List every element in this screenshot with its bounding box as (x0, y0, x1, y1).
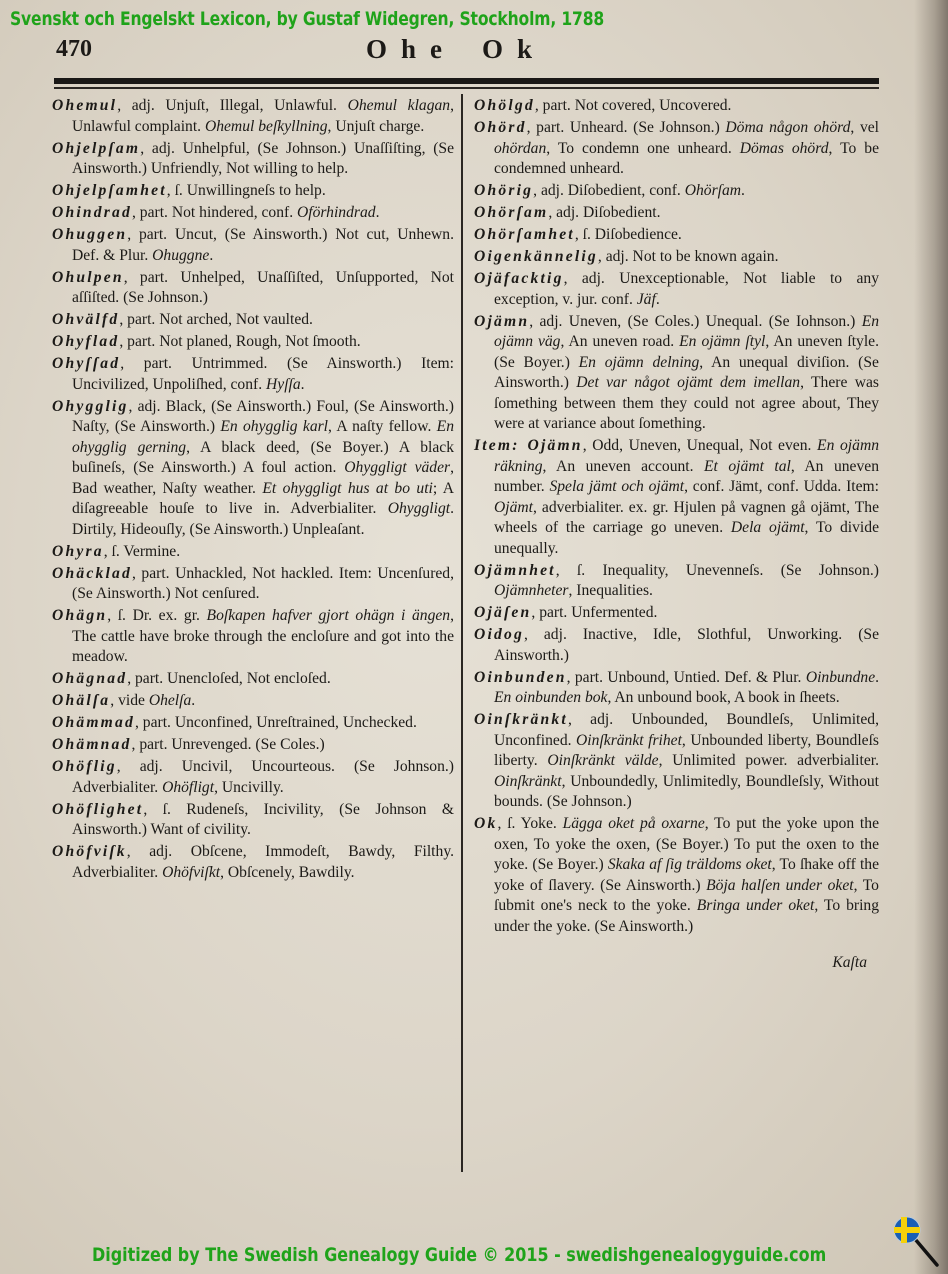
entry-definition: Diſobedient, conf. (564, 182, 685, 199)
dictionary-entry: Oigenkännelig, adj. Not to be known agai… (474, 247, 879, 268)
swedish-example: Oinſkränkt välde (547, 752, 658, 769)
dictionary-entry: Ohölgd, part. Not covered, Uncovered. (474, 96, 879, 117)
dictionary-entry: Ohulpen, part. Unhelped, Unaſſiſted, Unſ… (52, 268, 454, 309)
digitizer-footer: Digitized by The Swedish Genealogy Guide… (92, 1244, 826, 1266)
swedish-example: Ohörſam (685, 182, 741, 199)
entry-definition: Unheard. (Se Johnson.) (564, 119, 725, 136)
english-translation: , An uneven account. (543, 458, 705, 475)
part-of-speech: ſ. (118, 607, 126, 624)
entry-definition: Not hindered, conf. (168, 204, 297, 221)
swedish-example: En oinbunden bok (494, 689, 607, 706)
entry-definition: Not covered, Uncovered. (571, 97, 732, 114)
swedish-example: Oinbundne (806, 669, 875, 686)
dictionary-entry: Ohjelpſam, adj. Unhelpful, (Se Johnson.)… (52, 139, 454, 180)
swedish-example: Skaka af ſig träldoms oket (608, 856, 772, 873)
part-of-speech: part. (139, 226, 167, 243)
dictionary-entry: Ojämnhet, ſ. Inequality, Unevenneſs. (Se… (474, 561, 879, 602)
dictionary-entry: Ohyſſad, part. Untrimmed. (Se Ainsworth.… (52, 354, 454, 395)
entry-headword: Ohäcklad (52, 565, 132, 582)
swedish-example: Ohemul klagan (348, 97, 450, 114)
entry-definition: Unbound, Untied. Def. & Plur. (603, 669, 806, 686)
swedish-example: Ohuggne (152, 247, 209, 264)
english-translation: , Inequalities. (569, 582, 653, 599)
dictionary-entry: Ohörd, part. Unheard. (Se Johnson.) Döma… (474, 118, 879, 180)
part-of-speech: adj. (544, 626, 567, 643)
part-of-speech: part. (135, 670, 163, 687)
dictionary-entry: Ojäfacktig, adj. Unexceptionable, Not li… (474, 269, 879, 310)
dictionary-entry: Oinſkränkt, adj. Unbounded, Boundleſs, U… (474, 710, 879, 813)
entry-definition: Inequality, Unevenneſs. (Se Johnson.) (585, 562, 879, 579)
entry-headword: Oinbunden (474, 669, 567, 686)
entry-headword: Ohägnad (52, 670, 127, 687)
part-of-speech: part. (539, 604, 567, 621)
part-of-speech: ſ. (163, 801, 171, 818)
part-of-speech: part. (140, 204, 168, 221)
swedish-example: ohördan (494, 140, 546, 157)
part-of-speech: part. (543, 97, 571, 114)
part-of-speech: part. (144, 355, 172, 372)
english-translation: , conf. Jämt, conf. Udda. Item: (684, 478, 879, 495)
swedish-example: Det var något ojämt dem imellan (576, 374, 800, 391)
entry-definition: Yoke. (515, 815, 562, 832)
part-of-speech: part. (141, 565, 169, 582)
swedish-example: Ohelſa (149, 692, 191, 709)
part-of-speech: adj. (582, 270, 605, 287)
entry-headword: Ohjelpſam (52, 140, 140, 157)
page-edge-shadow (914, 0, 948, 1274)
entry-definition: Uncut, (Se Ainsworth.) Not cut, Unhewn. … (72, 226, 454, 264)
swedish-example: Ohöfviſkt (162, 864, 220, 881)
entry-headword: Ohyra (52, 543, 104, 560)
entry-definition: Uneven, (Se Coles.) Unequal. (Se Iohnson… (562, 313, 861, 330)
catchword: Kaſta (474, 953, 879, 974)
entry-definition: Unhelped, Unaſſiſted, Unſupported, Not a… (72, 269, 454, 307)
entry-headword: Ohyflad (52, 333, 119, 350)
entry-headword: Ohörſamhet (474, 226, 575, 243)
entry-headword: Ohjelpſamhet (52, 182, 167, 199)
dictionary-entry: Ohörig, adj. Diſobedient, conf. Ohörſam. (474, 181, 879, 202)
english-translation: . (741, 182, 745, 199)
english-translation: . (209, 247, 213, 264)
dictionary-entry: Oidog, adj. Inactive, Idle, Slothful, Un… (474, 625, 879, 666)
english-translation: , A naſty fellow. (328, 418, 437, 435)
english-translation: , An uneven road. (560, 333, 679, 350)
guide-word-first: Ohe (366, 34, 456, 64)
entry-headword: Ohöfviſk (52, 843, 127, 860)
entry-definition: Unrevenged. (Se Coles.) (167, 736, 324, 753)
part-of-speech: part. (575, 669, 603, 686)
entry-headword: Ohägn (52, 607, 107, 624)
entry-headword: Ohyſſad (52, 355, 120, 372)
entry-headword: Ohemul (52, 97, 117, 114)
entry-headword: Ohindrad (52, 204, 132, 221)
page-number: 470 (56, 36, 92, 63)
dictionary-entry: Ohöfviſk, adj. Obſcene, Immodeſt, Bawdy,… (52, 842, 454, 883)
english-translation: , Obſcenely, Bawdily. (220, 864, 354, 881)
header-rule-thick (54, 78, 879, 84)
dictionary-entry: Ojäſen, part. Unfermented. (474, 603, 879, 624)
entry-headword: Ohöflighet (52, 801, 143, 818)
entry-definition: Dr. ex. gr. (126, 607, 207, 624)
dictionary-entry: Ohälſa, vide Ohelſa. (52, 691, 454, 712)
dictionary-entry: Ohvälfd, part. Not arched, Not vaulted. (52, 310, 454, 331)
swedish-example: En ohygglig karl (220, 418, 328, 435)
english-translation: . (301, 376, 305, 393)
part-of-speech: ſ. (175, 182, 183, 199)
swedish-example: Lägga oket på oxarne (563, 815, 705, 832)
part-of-speech: ſ. (583, 226, 591, 243)
entry-headword: Ojämn (474, 313, 529, 330)
entry-headword: Ojäſen (474, 604, 531, 621)
dictionary-entry: Ohyflad, part. Not planed, Rough, Not ſm… (52, 332, 454, 353)
part-of-speech: part. (140, 269, 168, 286)
entry-headword: Ohulpen (52, 269, 124, 286)
entry-headword: Oigenkännelig (474, 248, 598, 265)
entry-headword: Ohörd (474, 119, 527, 136)
entry-headword: Ohvälfd (52, 311, 119, 328)
swedish-example: Böja halſen under oket (706, 877, 853, 894)
dictionary-entry: Ok, ſ. Yoke. Lägga oket på oxarne, To pu… (474, 814, 879, 937)
english-translation: , To condemn one unheard. (546, 140, 739, 157)
part-of-speech: part. (536, 119, 564, 136)
entry-headword: Ohämmad (52, 714, 135, 731)
entry-definition: Not to be known again. (629, 248, 779, 265)
entry-headword: Ohölgd (474, 97, 535, 114)
swedish-example: Boſkapen hafver gjort ohägn i ängen (207, 607, 451, 624)
english-translation: . (656, 291, 660, 308)
swedish-flag-magnifier-icon[interactable] (893, 1215, 941, 1267)
entry-headword: Ohälſa (52, 692, 110, 709)
swedish-example: Hyſſa (266, 376, 301, 393)
part-of-speech: part. (127, 333, 155, 350)
swedish-example: Ohemul beſkyllning (205, 118, 328, 135)
entry-definition: , Odd, Uneven, Unequal, Not even. (583, 437, 817, 454)
dictionary-entry: Ohindrad, part. Not hindered, conf. Oför… (52, 203, 454, 224)
dictionary-entry: Ohämmad, part. Unconfined, Unreſtrained,… (52, 713, 454, 734)
english-translation: . (191, 692, 195, 709)
entry-headword: Ojäfacktig (474, 270, 564, 287)
swedish-example: Spela jämt och ojämt (549, 478, 684, 495)
entry-headword: Ohämnad (52, 736, 132, 753)
dictionary-entry: Oinbunden, part. Unbound, Untied. Def. &… (474, 668, 879, 709)
swedish-example: Et ohyggligt hus at bo uti (262, 480, 433, 497)
dictionary-entry: Item: Ojämn, Odd, Uneven, Unequal, Not e… (474, 436, 879, 559)
dictionary-entry: Ohägnad, part. Unencloſed, Not encloſed. (52, 669, 454, 690)
swedish-example: Bringa under oket (697, 897, 815, 914)
entry-definition: Not arched, Not vaulted. (155, 311, 313, 328)
entry-definition: Diſobedience. (591, 226, 682, 243)
swedish-example: Oinſkränkt frihet (576, 732, 682, 749)
dictionary-entry: Ohuggen, part. Uncut, (Se Ainsworth.) No… (52, 225, 454, 266)
swedish-example: Dömas ohörd (740, 140, 829, 157)
running-head: 470 OheOk (0, 36, 948, 66)
part-of-speech: part. (139, 736, 167, 753)
dictionary-entry: Ohägn, ſ. Dr. ex. gr. Boſkapen hafver gj… (52, 606, 454, 668)
part-of-speech: vide (118, 692, 145, 709)
entry-headword: Ohygglig (52, 398, 129, 415)
guide-word-last: Ok (482, 34, 546, 64)
swedish-example: En ojämn ſtyl (679, 333, 765, 350)
dictionary-entry: Ohöflighet, ſ. Rudeneſs, Incivility, (Se… (52, 800, 454, 841)
english-translation: , Unlimited power. adverbialiter. (659, 752, 879, 769)
entry-headword: Ohörſam (474, 204, 548, 221)
dictionary-entry: Ohjelpſamhet, ſ. Unwillingneſs to help. (52, 181, 454, 202)
part-of-speech: ſ. (577, 562, 585, 579)
swedish-example: Oförhindrad (297, 204, 376, 221)
part-of-speech: adj. (138, 398, 161, 415)
entry-definition: Diſobedient. (579, 204, 660, 221)
right-column: Ohölgd, part. Not covered, Uncovered.Ohö… (474, 96, 879, 989)
english-translation: , Uncivilly. (214, 779, 284, 796)
entry-definition: Unfermented. (567, 604, 657, 621)
dictionary-entry: Ohyra, ſ. Vermine. (52, 542, 454, 563)
dictionary-entry: Ojämn, adj. Uneven, (Se Coles.) Unequal.… (474, 312, 879, 435)
english-translation: . (875, 669, 879, 686)
entry-headword: Ohörig (474, 182, 533, 199)
part-of-speech: ſ. (112, 543, 120, 560)
part-of-speech: adj. (132, 97, 155, 114)
dictionary-entry: Ohemul, adj. Unjuſt, Illegal, Unlawful. … (52, 96, 454, 137)
part-of-speech: adj. (140, 758, 163, 775)
part-of-speech: part. (127, 311, 155, 328)
swedish-example: Ohöfligt (162, 779, 214, 796)
entry-definition: Unjuſt, Illegal, Unlawful. (155, 97, 348, 114)
dictionary-entry: Ohörſam, adj. Diſobedient. (474, 203, 879, 224)
dictionary-entry: Ohörſamhet, ſ. Diſobedience. (474, 225, 879, 246)
part-of-speech: adj. (539, 313, 562, 330)
swedish-example: Ojämnheter (494, 582, 569, 599)
part-of-speech: adj. (152, 140, 175, 157)
guide-words: OheOk (366, 34, 572, 65)
english-translation: , An unbound book, A book in ſheets. (607, 689, 839, 706)
swedish-example: Jäf (637, 291, 656, 308)
entry-headword: Item: Ojämn (474, 437, 583, 454)
entry-headword: Oidog (474, 626, 524, 643)
entry-definition: Unencloſed, Not encloſed. (163, 670, 331, 687)
dictionary-entry: Ohygglig, adj. Black, (Se Ainsworth.) Fo… (52, 397, 454, 541)
column-divider (461, 94, 463, 1172)
part-of-speech: adj. (606, 248, 629, 265)
part-of-speech: adj. (556, 204, 579, 221)
swedish-example: Ohyggligt (388, 500, 450, 517)
part-of-speech: part. (143, 714, 171, 731)
swedish-example: Ojämt (494, 499, 533, 516)
entry-definition: Unconfined, Unreſtrained, Unchecked. (171, 714, 417, 731)
swedish-example: En ojämn delning (579, 354, 700, 371)
part-of-speech: adj. (590, 711, 613, 728)
entry-headword: Oinſkränkt (474, 711, 568, 728)
dictionary-entry: Ohöflig, adj. Uncivil, Uncourteous. (Se … (52, 757, 454, 798)
english-translation: . (376, 204, 380, 221)
entry-definition: Not planed, Rough, Not ſmooth. (155, 333, 360, 350)
swedish-example: Dela ojämt (731, 519, 805, 536)
entry-headword: Ok (474, 815, 497, 832)
english-translation: , Unjuſt charge. (328, 118, 425, 135)
entry-headword: Ohöflig (52, 758, 117, 775)
swedish-example: Ohyggligt väder (344, 459, 450, 476)
swedish-example: Et ojämt tal (704, 458, 791, 475)
part-of-speech: adj. (541, 182, 564, 199)
entry-definition: Untrimmed. (Se Ainsworth.) Item: Uncivil… (72, 355, 454, 393)
digitizer-title-banner: Svenskt och Engelskt Lexicon, by Gustaf … (10, 8, 604, 30)
dictionary-entry: Ohäcklad, part. Unhackled, Not hackled. … (52, 564, 454, 605)
header-rule-thin (54, 87, 879, 89)
entry-definition: Unwillingneſs to help. (183, 182, 326, 199)
english-translation: , vel (850, 119, 879, 136)
entry-headword: Ojämnhet (474, 562, 556, 579)
entry-headword: Ohuggen (52, 226, 127, 243)
left-column: Ohemul, adj. Unjuſt, Illegal, Unlawful. … (52, 96, 454, 885)
dictionary-entry: Ohämnad, part. Unrevenged. (Se Coles.) (52, 735, 454, 756)
entry-definition: Vermine. (120, 543, 180, 560)
swedish-example: Döma någon ohörd (725, 119, 850, 136)
swedish-example: Oinſkränkt (494, 773, 562, 790)
part-of-speech: adj. (149, 843, 172, 860)
